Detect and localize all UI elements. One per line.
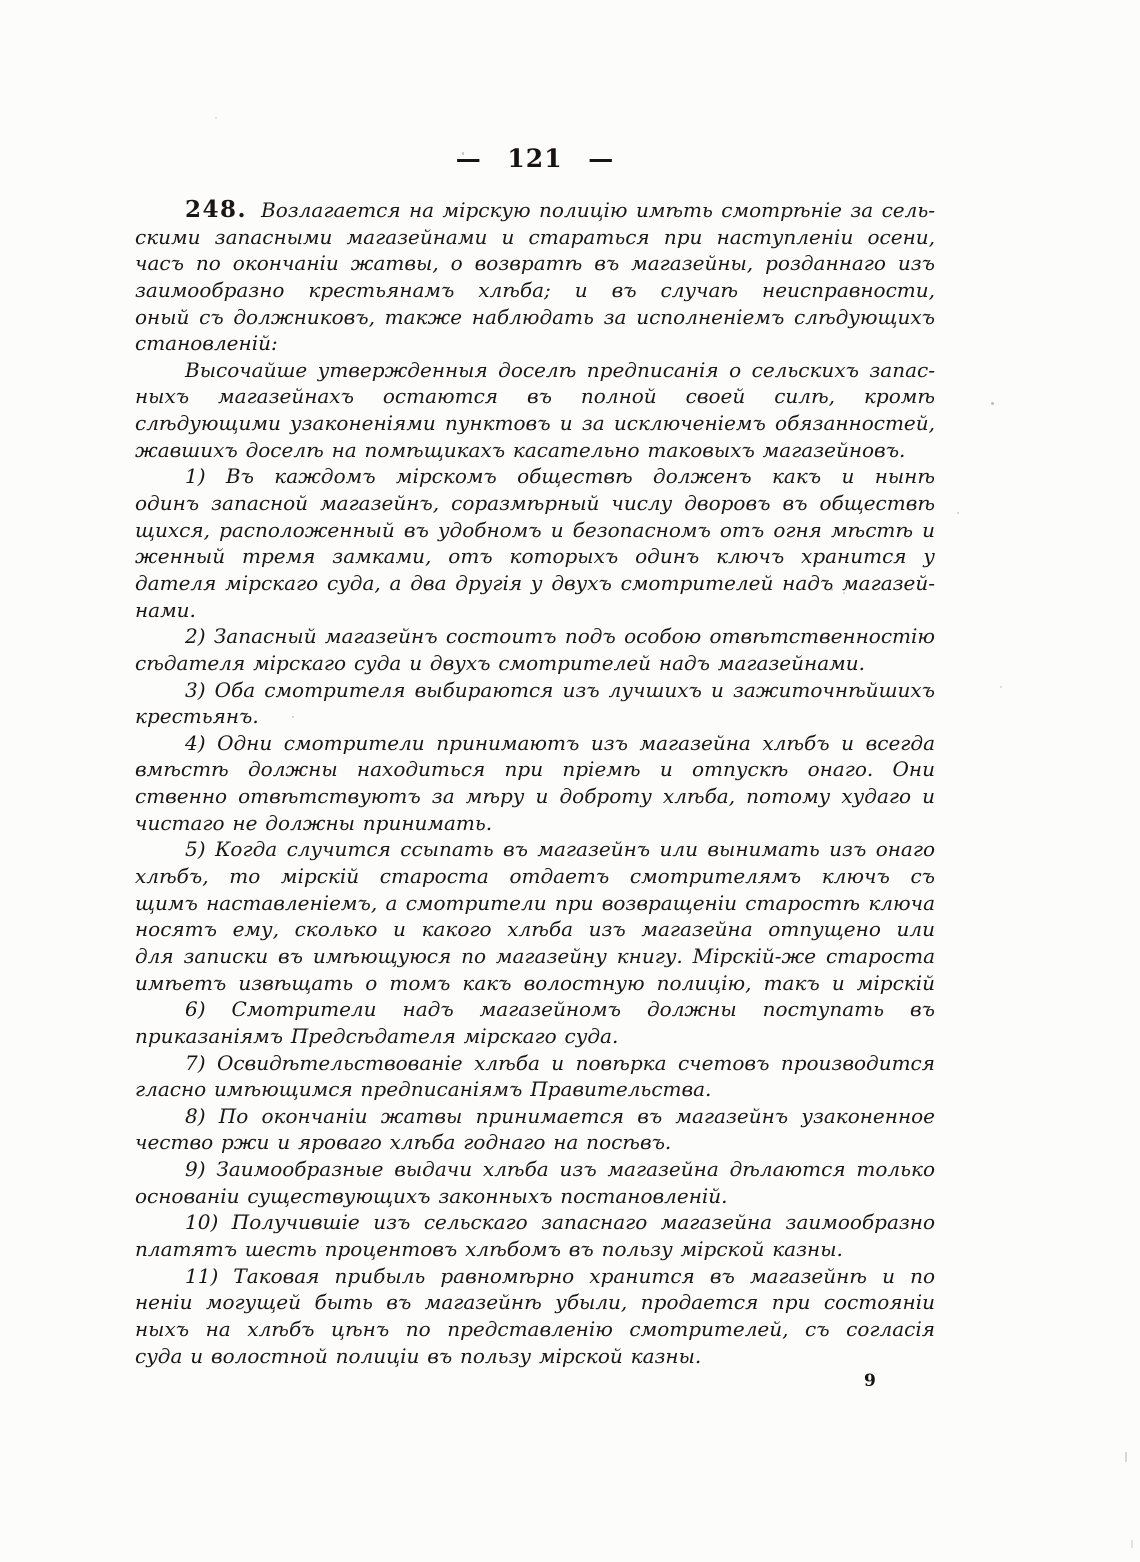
text-line: 9) Заимообразные выдачи хлѣба изъ магазе… xyxy=(135,1156,935,1183)
page-header: — 121 — xyxy=(135,144,935,173)
text-line: сѣдателя мірскаго суда и двухъ смотрител… xyxy=(135,650,935,677)
text-line: часъ по окончаніи жатвы, о возвратѣ въ м… xyxy=(135,250,935,277)
text-line: приказаніямъ Предсѣдателя мірскаго суда. xyxy=(135,1023,935,1050)
text-line: заимообразно крестьянамъ хлѣба; и въ слу… xyxy=(135,277,935,304)
text-line: гласно имѣющимся предписаніямъ Правитель… xyxy=(135,1076,935,1103)
text-line: одинъ запасной магазейнъ, соразмѣрный чи… xyxy=(135,490,935,517)
text-line: щихся, расположенный въ удобномъ и безоп… xyxy=(135,517,935,544)
scan-edge-mark xyxy=(1125,1452,1127,1462)
text-line: оный съ должниковъ, также наблюдать за и… xyxy=(135,304,935,331)
text-line: 7) Освидѣтельствованіе хлѣба и повѣрка с… xyxy=(135,1050,935,1077)
scan-speck xyxy=(1000,686,1002,688)
page-number: — 121 — xyxy=(456,144,615,173)
text-line: вмѣстѣ должны находиться при пріемѣ и от… xyxy=(135,756,935,783)
text-line: 1) Въ каждомъ мірскомъ обществѣ долженъ … xyxy=(135,463,935,490)
scan-speck xyxy=(215,117,217,119)
text-line: 11) Таковая прибыль равномѣрно хранится … xyxy=(135,1263,935,1290)
text-line: хлѣбъ, то мірскій староста отдаетъ смотр… xyxy=(135,863,935,890)
text-line: 5) Когда случится ссыпать въ магазейнъ и… xyxy=(135,836,935,863)
text-line: становленій: xyxy=(135,330,935,357)
text-line: Высочайше утвержденныя доселѣ предписані… xyxy=(135,357,935,384)
text-line: женный тремя замками, отъ которыхъ одинъ… xyxy=(135,543,935,570)
text-line: для записки въ имѣющуюся по магазейну кн… xyxy=(135,943,935,970)
text-line: ственно отвѣтствуютъ за мѣру и доброту х… xyxy=(135,783,935,810)
text-line: ныхъ магазейнахъ остаются въ полной свое… xyxy=(135,383,935,410)
text-line: крестьянъ. xyxy=(135,703,935,730)
text-line: 3) Оба смотрителя выбираются изъ лучшихъ… xyxy=(135,677,935,704)
text-line: ныхъ на хлѣбъ цѣнъ по представленію смот… xyxy=(135,1316,935,1343)
text-line: носятъ ему, сколько и какого хлѣба изъ м… xyxy=(135,916,935,943)
article-number: 248. xyxy=(185,197,247,223)
text-line: 10) Получившіе изъ сельскаго запаснаго м… xyxy=(135,1209,935,1236)
text-line: нами. xyxy=(135,597,935,624)
scan-speck xyxy=(292,716,294,718)
text-line: чество ржи и яроваго хлѣба годнаго на по… xyxy=(135,1129,935,1156)
scan-edge-mark xyxy=(1131,1540,1133,1548)
text-line: 2) Запасный магазейнъ состоитъ подъ особ… xyxy=(135,623,935,650)
signature-mark: 9 xyxy=(864,1371,876,1391)
text-line: дателя мірскаго суда, а два другія у дву… xyxy=(135,570,935,597)
text-line: жавшихъ доселѣ на помѣщикахъ касательно … xyxy=(135,437,935,464)
scan-speck xyxy=(991,402,994,405)
text-line: основаніи существующихъ законныхъ постан… xyxy=(135,1183,935,1210)
text-line: неніи могущей быть въ магазейнѣ убыли, п… xyxy=(135,1289,935,1316)
text-line: чистаго не должны принимать. xyxy=(135,810,935,837)
text-line: слѣдующими узаконеніями пунктовъ и за ис… xyxy=(135,410,935,437)
scan-speck xyxy=(843,592,845,594)
text-line: 248.Возлагается на мірскую полицію имѣть… xyxy=(135,197,935,224)
document-page: — 121 — 248.Возлагается на мірскую полиц… xyxy=(0,0,1140,1562)
body-text: 248.Возлагается на мірскую полицію имѣть… xyxy=(135,197,935,1369)
text-line: щимъ наставленіемъ, а смотрители при воз… xyxy=(135,890,935,917)
scan-speck xyxy=(610,845,612,847)
text-line: платятъ шесть процентовъ хлѣбомъ въ поль… xyxy=(135,1236,935,1263)
text-line: имѣетъ извѣщать о томъ какъ волостную по… xyxy=(135,970,935,997)
text-line: суда и волостной полиціи въ пользу мірск… xyxy=(135,1343,935,1370)
text-line: 6) Смотрители надъ магазейномъ должны по… xyxy=(135,996,935,1023)
text-line: 8) По окончаніи жатвы принимается въ маг… xyxy=(135,1103,935,1130)
scan-speck xyxy=(831,588,833,591)
scan-speck xyxy=(462,152,464,155)
text-line-content: Возлагается на мірскую полицію имѣть смо… xyxy=(261,198,935,222)
text-line: скими запасными магазейнами и стараться … xyxy=(135,224,935,251)
scan-speck xyxy=(957,512,959,514)
text-line: 4) Одни смотрители принимаютъ изъ магазе… xyxy=(135,730,935,757)
